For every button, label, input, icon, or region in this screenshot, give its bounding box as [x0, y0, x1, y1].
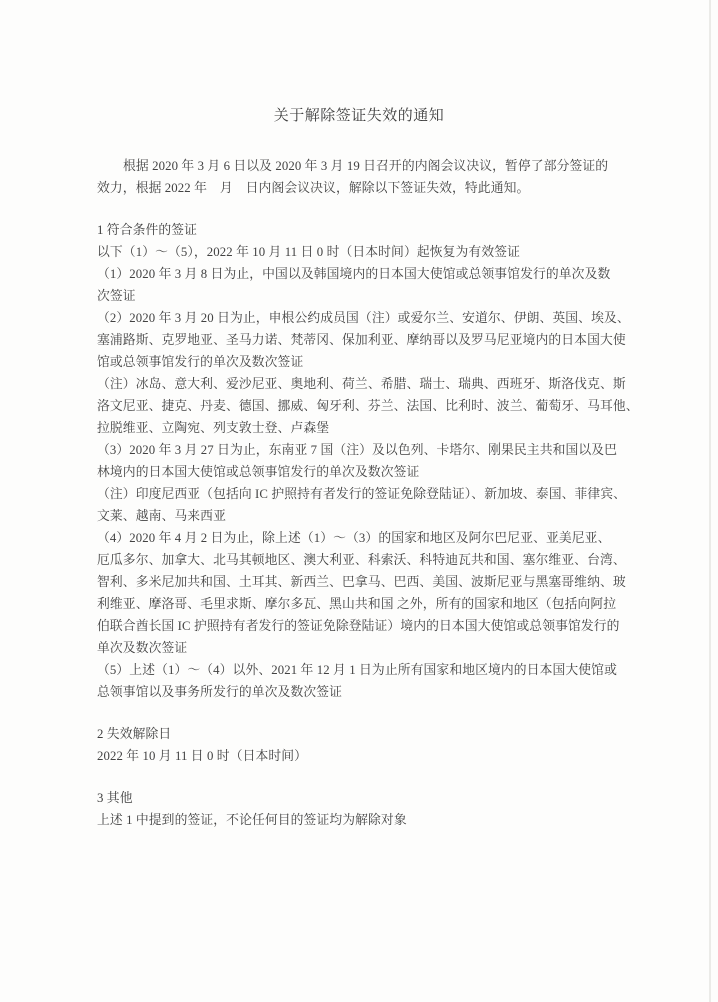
text-line: 林境内的日本国大使馆或总领事馆发行的单次及数次签证 — [97, 461, 621, 483]
text-line: 单次及数次签证 — [97, 637, 621, 659]
section-1-heading: 1 符合条件的签证 — [97, 219, 621, 241]
text-line: 馆或总领事馆发行的单次及数次签证 — [97, 351, 621, 373]
scanned-notice-page: 关于解除签证失效的通知 根据 2020 年 3 月 6 日以及 2020 年 3… — [0, 0, 718, 1002]
text-line: 洛文尼亚、捷克、丹麦、德国、挪威、匈牙利、芬兰、法国、比利时、波兰、葡萄牙、马耳… — [97, 395, 621, 417]
text-line: 伯联合酋长国 IC 护照持有者发行的签证免除登陆证）境内的日本国大使馆或总领事馆… — [97, 615, 621, 637]
section-other: 3 其他 上述 1 中提到的签证，不论任何目的签证均为解除对象 — [97, 787, 621, 831]
scan-edge-line — [709, 0, 711, 1002]
section-eligible-visas: 1 符合条件的签证 以下（1）～（5），2022 年 10 月 11 日 0 时… — [97, 219, 621, 703]
text-line: 次签证 — [97, 285, 621, 307]
text-line: （1）2020 年 3 月 8 日为止，中国以及韩国境内的日本国大使馆或总领事馆… — [97, 263, 621, 285]
text-line: 效力，根据 2022 年 月 日内阁会议决议，解除以下签证失效，特此通知。 — [97, 177, 621, 199]
text-line: （4）2020 年 4 月 2 日为止，除上述（1）～（3）的国家和地区及阿尔巴… — [97, 527, 621, 549]
section-2-body: 2022 年 10 月 11 日 0 时（日本时间） — [97, 745, 621, 767]
intro-paragraph: 根据 2020 年 3 月 6 日以及 2020 年 3 月 19 日召开的内阁… — [97, 155, 621, 199]
text-line: 利维亚、摩洛哥、毛里求斯、摩尔多瓦、黑山共和国 之外，所有的国家和地区（包括向阿… — [97, 593, 621, 615]
text-line: 总领事馆以及事务所发行的单次及数次签证 — [97, 681, 621, 703]
text-line: 根据 2020 年 3 月 6 日以及 2020 年 3 月 19 日召开的内阁… — [97, 155, 621, 177]
text-line: 上述 1 中提到的签证，不论任何目的签证均为解除对象 — [97, 809, 621, 831]
text-line: （3）2020 年 3 月 27 日为止，东南亚 7 国（注）及以色列、卡塔尔、… — [97, 439, 621, 461]
text-line: 塞浦路斯、克罗地亚、圣马力诺、梵蒂冈、保加利亚、摩纳哥以及罗马尼亚境内的日本国大… — [97, 329, 621, 351]
section-lift-date: 2 失效解除日 2022 年 10 月 11 日 0 时（日本时间） — [97, 723, 621, 767]
text-line: （5）上述（1）～（4）以外、2021 年 12 月 1 日为止所有国家和地区境… — [97, 659, 621, 681]
text-line: 厄瓜多尔、加拿大、北马其顿地区、澳大利亚、科索沃、科特迪瓦共和国、塞尔维亚、台湾… — [97, 549, 621, 571]
section-1-body: 以下（1）～（5），2022 年 10 月 11 日 0 时（日本时间）起恢复为… — [97, 241, 621, 703]
text-line: 以下（1）～（5），2022 年 10 月 11 日 0 时（日本时间）起恢复为… — [97, 241, 621, 263]
section-3-heading: 3 其他 — [97, 787, 621, 809]
text-line: 智利、多米尼加共和国、土耳其、新西兰、巴拿马、巴西、美国、波斯尼亚与黑塞哥维纳、… — [97, 571, 621, 593]
text-line: （注）印度尼西亚（包括向 IC 护照持有者发行的签证免除登陆证）、新加坡、泰国、… — [97, 483, 621, 505]
section-2-heading: 2 失效解除日 — [97, 723, 621, 745]
text-line: 文莱、越南、马来西亚 — [97, 505, 621, 527]
text-line: 2022 年 10 月 11 日 0 时（日本时间） — [97, 745, 621, 767]
page-title: 关于解除签证失效的通知 — [97, 105, 621, 127]
text-line: 拉脱维亚、立陶宛、列支敦士登、卢森堡 — [97, 417, 621, 439]
text-line: （注）冰岛、意大利、爱沙尼亚、奥地利、荷兰、希腊、瑞士、瑞典、西班牙、斯洛伐克、… — [97, 373, 621, 395]
text-line: （2）2020 年 3 月 20 日为止，申根公约成员国（注）或爱尔兰、安道尔、… — [97, 307, 621, 329]
section-3-body: 上述 1 中提到的签证，不论任何目的签证均为解除对象 — [97, 809, 621, 831]
